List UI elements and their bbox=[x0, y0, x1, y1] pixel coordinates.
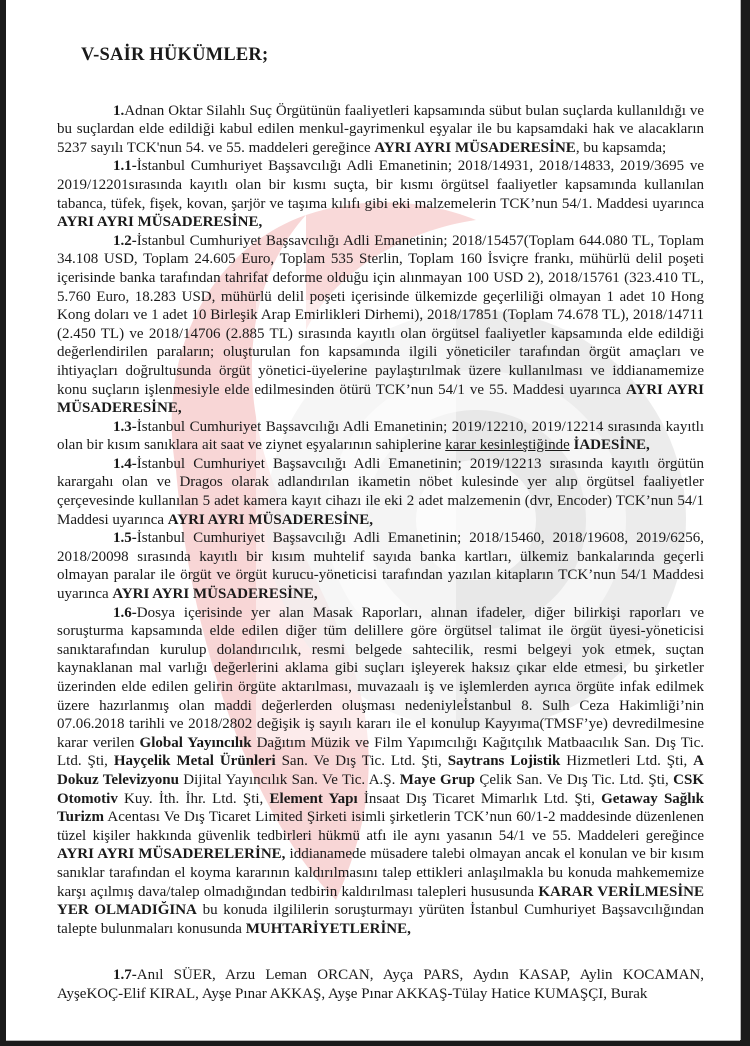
bold-ruling: AYRI AYRI MÜSADERELERİNE, bbox=[57, 846, 285, 862]
paragraph-number: 1.7- bbox=[113, 967, 137, 983]
text-run: Acentası Ve Dış Ticaret Limited Şirketi … bbox=[57, 809, 704, 844]
section-title: V-SAİR HÜKÜMLER; bbox=[81, 46, 704, 65]
document-body: V-SAİR HÜKÜMLER; 1.Adnan Oktar Silahlı S… bbox=[57, 40, 704, 1004]
bold-ruling: Global Yayıncılık bbox=[140, 735, 252, 751]
bold-ruling: Hayçelik Metal Ürünleri bbox=[114, 753, 276, 769]
bold-ruling: İADESİNE, bbox=[574, 437, 650, 453]
underlined-text: karar kesinleştiğinde bbox=[445, 437, 570, 453]
text-run: , bu kapsamda; bbox=[576, 140, 666, 156]
paragraph-1-2: 1.2-İstanbul Cumhuriyet Başsavcılığı Adl… bbox=[57, 232, 704, 418]
paragraph-1-7: 1.7-Anıl SÜER, Arzu Leman ORCAN, Ayça PA… bbox=[57, 966, 704, 1003]
text-run: Dijital Yayıncılık San. Ve Tic. A.Ş. bbox=[179, 772, 400, 788]
bold-ruling: AYRI AYRI MÜSADERESİNE, bbox=[112, 586, 317, 602]
paragraph-number: 1.2- bbox=[113, 233, 137, 249]
bold-ruling: MUHTARİYETLERİNE, bbox=[246, 921, 411, 937]
text-run: Kuy. İth. İhr. Ltd. Şti, bbox=[118, 791, 270, 807]
text-run: İnsaat Dış Ticaret Mimarlık Ltd. Şti, bbox=[358, 791, 601, 807]
text-run: Anıl SÜER, Arzu Leman ORCAN, Ayça PARS, … bbox=[57, 967, 704, 1002]
paragraph-number: 1. bbox=[113, 103, 124, 119]
paragraph-number: 1.1- bbox=[113, 158, 137, 174]
paragraph-1: 1.Adnan Oktar Silahlı Suç Örgütünün faal… bbox=[57, 102, 704, 158]
paragraph-number: 1.5- bbox=[113, 530, 137, 546]
text-run: Çelik San. Ve Dış Tic. Ltd. Şti, bbox=[475, 772, 673, 788]
document-page: V-SAİR HÜKÜMLER; 1.Adnan Oktar Silahlı S… bbox=[6, 0, 740, 1040]
paragraph-1-4: 1.4-İstanbul Cumhuriyet Başsavcılığı Adl… bbox=[57, 455, 704, 529]
bold-ruling: AYRI AYRI MÜSADERESİNE, bbox=[168, 512, 373, 528]
text-run: İstanbul Cumhuriyet Başsavcılığı Adli Em… bbox=[57, 233, 704, 398]
bold-ruling: Element Yapı bbox=[270, 791, 358, 807]
text-run: San. Ve Dış Tic. Ltd. Şti, bbox=[276, 753, 448, 769]
bold-ruling: AYRI AYRI MÜSADERESİNE bbox=[374, 140, 575, 156]
bold-ruling: Maye Grup bbox=[400, 772, 475, 788]
paragraph-1-3: 1.3-İstanbul Cumhuriyet Başsavcılığı Adl… bbox=[57, 418, 704, 455]
paragraph-number: 1.6- bbox=[113, 605, 137, 621]
text-run: Hizmetleri Ltd. Şti, bbox=[560, 753, 693, 769]
paragraph-1-6: 1.6-Dosya içerisinde yer alan Masak Rapo… bbox=[57, 604, 704, 939]
paragraph-1-1: 1.1-İstanbul Cumhuriyet Başsavcılığı Adl… bbox=[57, 157, 704, 231]
paragraph-number: 1.4- bbox=[113, 456, 137, 472]
paragraph-number: 1.3- bbox=[113, 419, 137, 435]
bold-ruling: Saytrans Lojistik bbox=[448, 753, 561, 769]
text-run: Dosya içerisinde yer alan Masak Raporlar… bbox=[57, 605, 704, 751]
paragraph-1-5: 1.5-İstanbul Cumhuriyet Başsavcılığı Adl… bbox=[57, 529, 704, 603]
text-run: İstanbul Cumhuriyet Başsavcılığı Adli Em… bbox=[57, 456, 704, 528]
bold-ruling: AYRI AYRI MÜSADERESİNE, bbox=[57, 214, 262, 230]
text-run: İstanbul Cumhuriyet Başsavcılığı Adli Em… bbox=[57, 158, 704, 211]
